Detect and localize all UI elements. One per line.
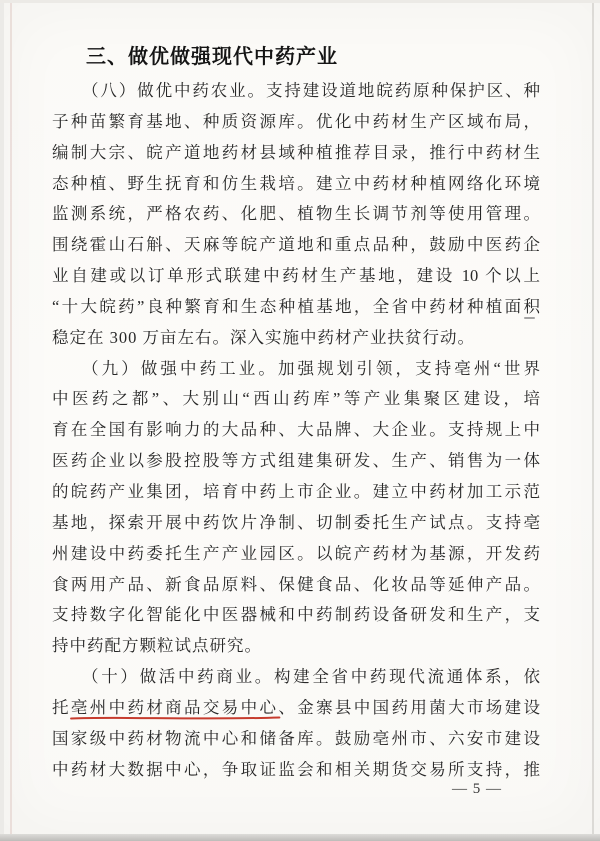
scan-artifact-top-edge: [0, 0, 600, 3]
scan-artifact-left-line: [10, 0, 12, 841]
text-line: 围绕霍山石斛、天麻等皖产道地和重点品种，鼓励中医药企: [52, 230, 540, 261]
text-line: （八）做优中药农业。支持建设道地皖药原种保护区、种: [52, 76, 540, 107]
scan-artifact-right-line: [592, 0, 594, 841]
red-underlined-phrase: 亳州中药材商品交易中心: [71, 698, 278, 717]
text-line: “十大皖药”良种繁育和生态种植基地，全省中药材种植面积: [52, 292, 540, 323]
text-line: （九）做强中药工业。加强规划引领，支持亳州“世界: [52, 354, 540, 385]
document-body: 三、做优做强现代中药产业 （八）做优中药农业。支持建设道地皖药原种保护区、种 子…: [52, 42, 540, 785]
document-page: 三、做优做强现代中药产业 （八）做优中药农业。支持建设道地皖药原种保护区、种 子…: [0, 0, 600, 841]
text-line: 中医药之都”、大别山“西山药库”等产业集聚区建设，培: [52, 384, 540, 415]
text-line: 的皖药产业集团，培育中药上市企业。建立中药材加工示范: [52, 477, 540, 508]
scan-artifact-left-edge: [0, 0, 4, 841]
text-line: 态种植、野生抚育和仿生栽培。建立中药材种植网络化环境: [52, 169, 540, 200]
section-heading: 三、做优做强现代中药产业: [52, 42, 540, 72]
text-line: 支持数字化智能化中医器械和中药制药设备研发和生产，支: [52, 600, 540, 631]
text-line: 食两用产品、新食品原料、保健食品、化妆品等延伸产品。: [52, 570, 540, 601]
text-line: 业自建或以订单形式联建中药材生产基地，建设 10 个以上: [52, 261, 540, 292]
page-number: — 5 —: [452, 781, 502, 798]
text-line: 稳定在 300 万亩左右。深入实施中药材产业扶贫行动。: [52, 323, 540, 354]
red-underline-stroke: [71, 717, 279, 718]
text-segment: 、金寨县中国药用菌大市场建设: [278, 698, 540, 717]
text-line: （十）做活中药商业。构建全省中药现代流通体系，依: [52, 662, 540, 693]
text-line: 子种苗繁育基地、种质资源库。优化中药材生产区域布局，: [52, 107, 540, 138]
text-line: 监测系统，严格农药、化肥、植物生长调节剂等使用管理。: [52, 199, 540, 230]
text-line: 育在全国有影响力的大品种、大品牌、大企业。支持规上中: [52, 415, 540, 446]
text-line: 州建设中药委托生产产业园区。以皖产药材为基源，开发药: [52, 539, 540, 570]
text-line: 基地，探索开展中药饮片净制、切制委托生产试点。支持亳: [52, 508, 540, 539]
text-line: 持中药配方颗粒试点研究。: [52, 631, 540, 662]
scan-artifact-bottom-edge: [0, 834, 600, 841]
red-underline-mark: [69, 715, 281, 721]
text-line: 编制大宗、皖产道地药材县域种植推荐目录，推行中药材生: [52, 138, 540, 169]
text-line: 托亳州中药材商品交易中心、金寨县中国药用菌大市场建设: [52, 693, 540, 724]
text-line: 国家级中药材物流中心和储备库。鼓励亳州市、六安市建设: [52, 724, 540, 755]
text-line: 医药企业以参股控股等方式组建集研发、生产、销售为一体: [52, 446, 540, 477]
